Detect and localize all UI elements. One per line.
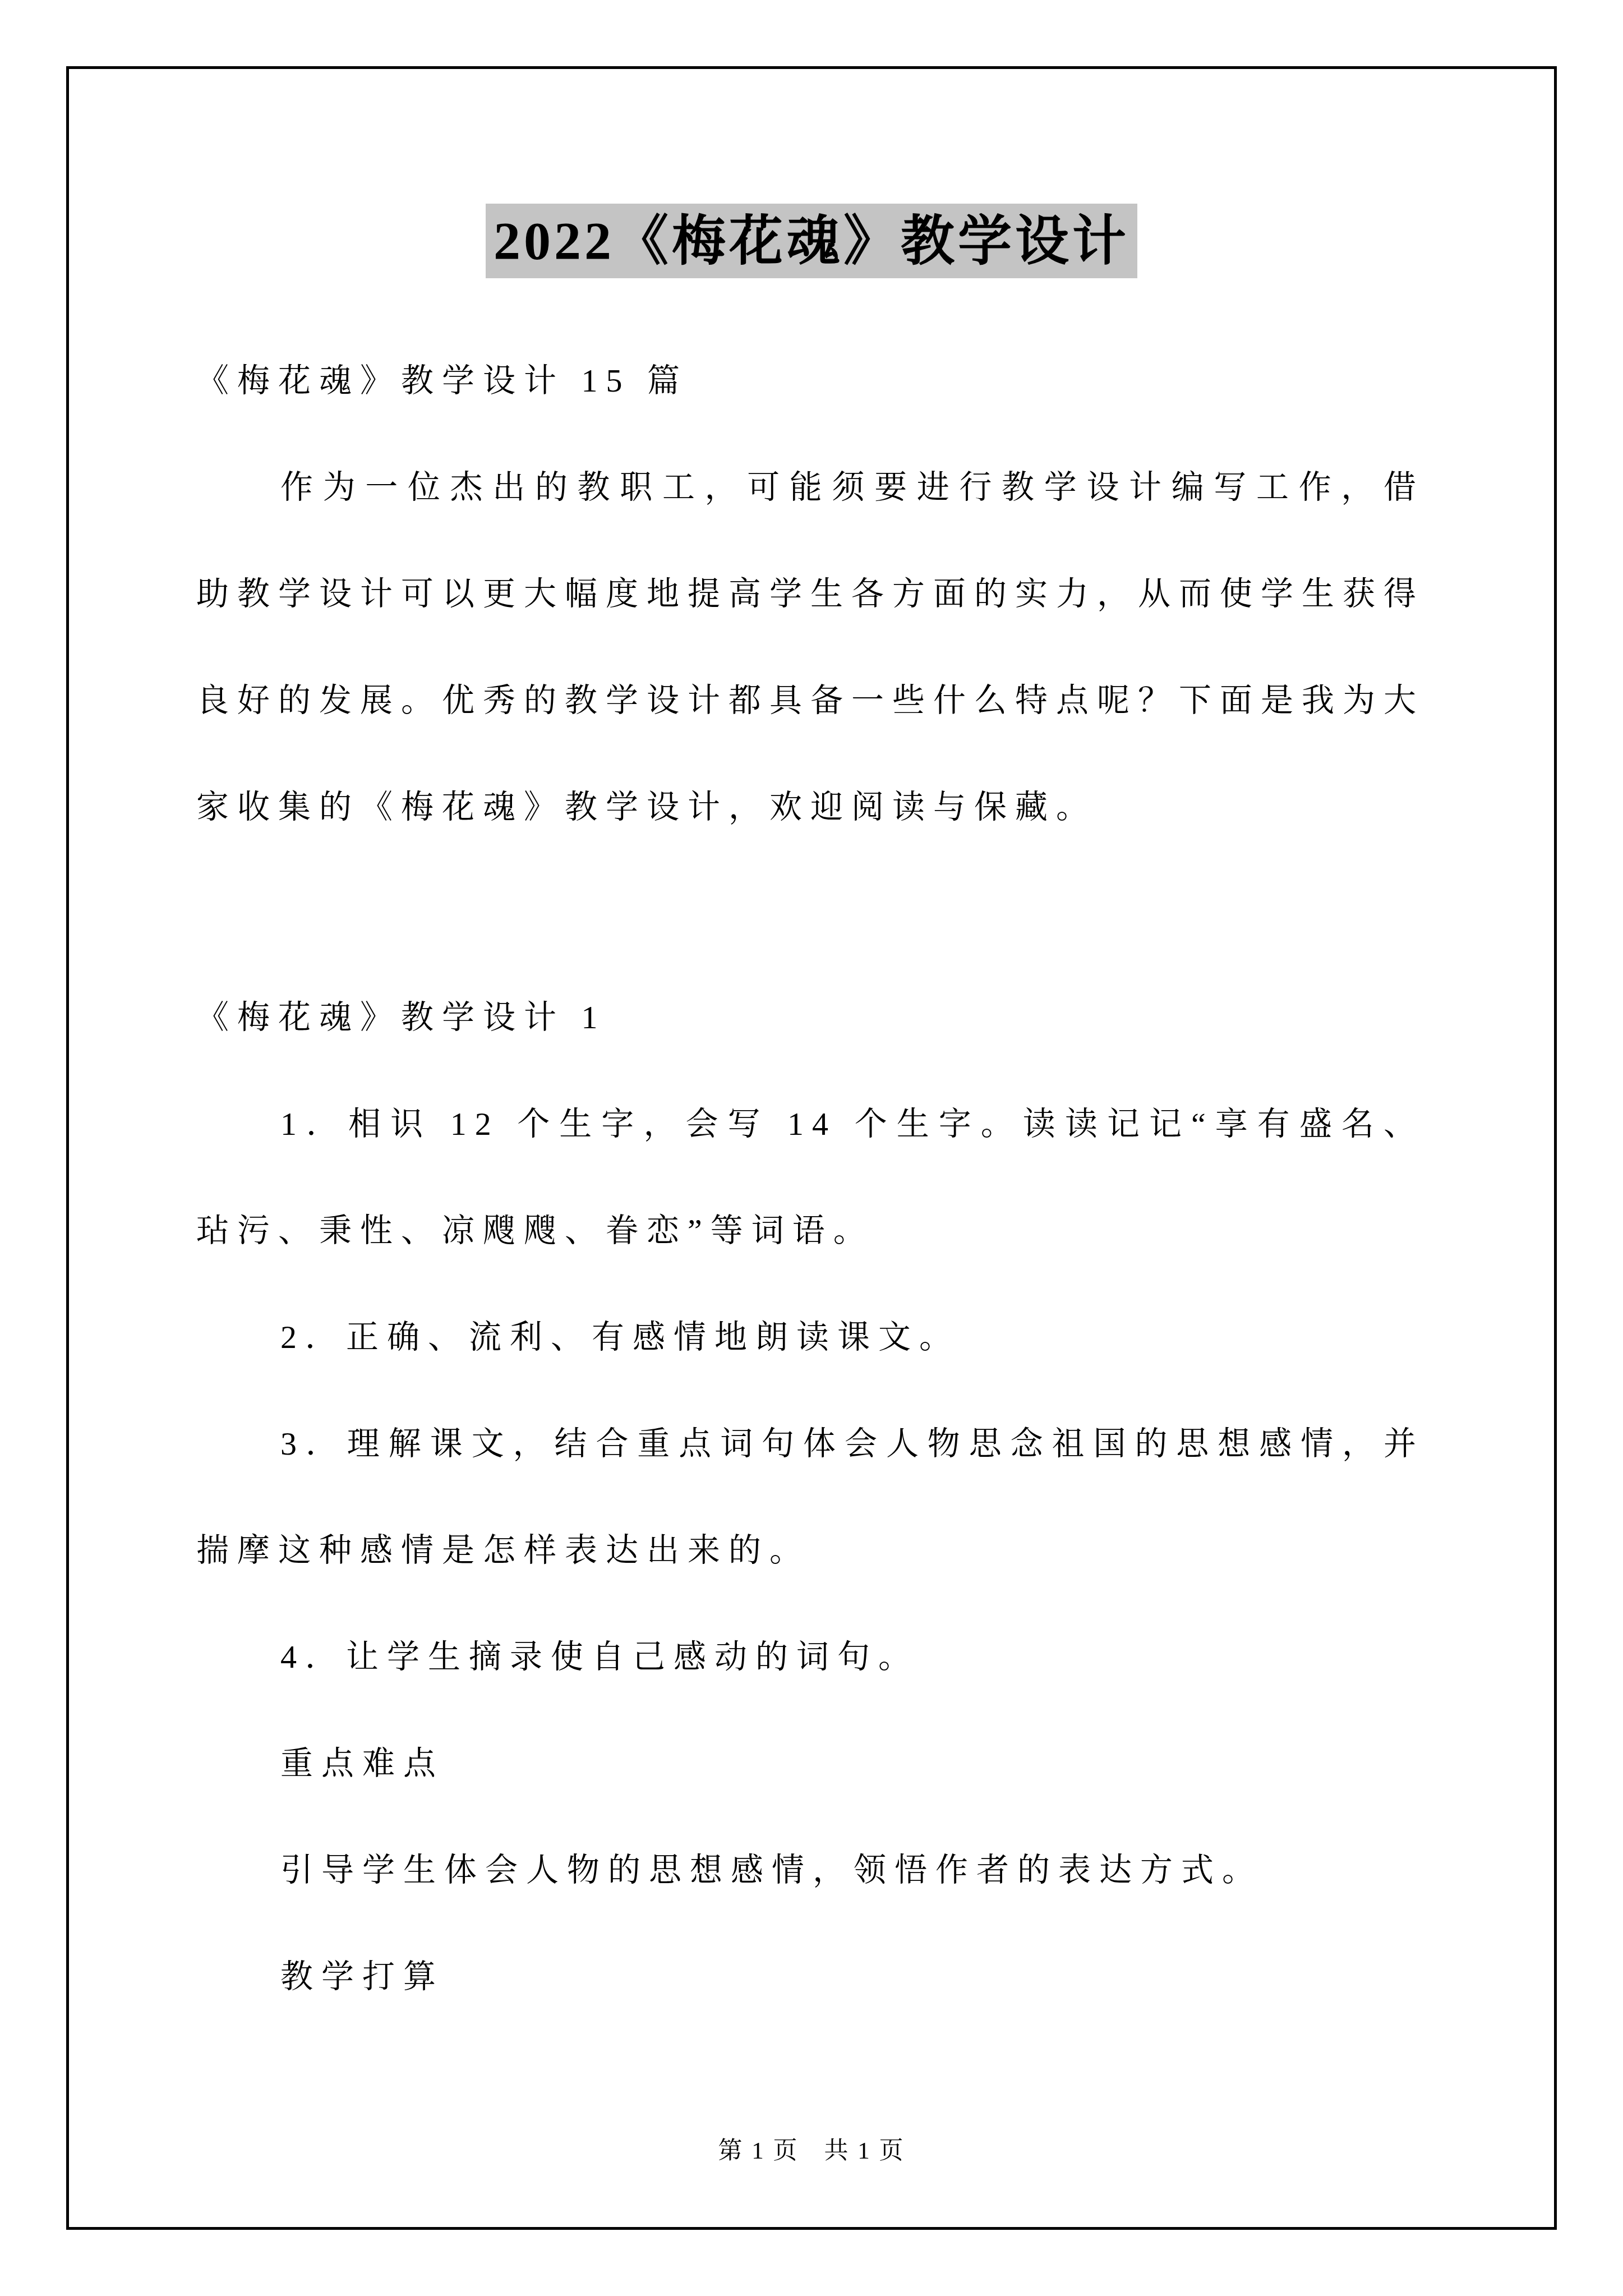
paragraph-objective-3: 3．理解课文，结合重点词句体会人物思念祖国的思想感情，并揣摩这种感情是怎样表达出… bbox=[196, 1391, 1424, 1604]
paragraph-teaching-plan-heading: 教学打算 bbox=[196, 1924, 1424, 2030]
paragraph-objective-1: 1．相识 12 个生字，会写 14 个生字。读读记记“享有盛名、玷污、秉性、凉飕… bbox=[196, 1071, 1424, 1284]
paragraph-intro: 作为一位杰出的教职工，可能须要进行教学设计编写工作，借助教学设计可以更大幅度地提… bbox=[196, 434, 1424, 861]
paragraph-key-points-heading: 重点难点 bbox=[196, 1710, 1424, 1817]
document-title: 2022《梅花魂》教学设计 bbox=[486, 204, 1137, 278]
paragraph-key-points-body: 引导学生体会人物的思想感情，领悟作者的表达方式。 bbox=[196, 1817, 1424, 1924]
footer-total-pages: 共 1 页 bbox=[824, 2138, 905, 2164]
document-page: 2022《梅花魂》教学设计 《梅花魂》教学设计 15 篇 作为一位杰出的教职工，… bbox=[0, 0, 1623, 2296]
paragraph-subtitle: 《梅花魂》教学设计 15 篇 bbox=[196, 328, 1424, 434]
footer-current-page: 第 1 页 bbox=[718, 2138, 799, 2164]
page-footer: 第 1 页共 1 页 bbox=[0, 2132, 1623, 2166]
document-body: 《梅花魂》教学设计 15 篇 作为一位杰出的教职工，可能须要进行教学设计编写工作… bbox=[196, 328, 1424, 2030]
title-row: 2022《梅花魂》教学设计 bbox=[0, 204, 1623, 278]
paragraph-objective-4: 4．让学生摘录使自己感动的词句。 bbox=[196, 1604, 1424, 1710]
paragraph-objective-2: 2．正确、流利、有感情地朗读课文。 bbox=[196, 1284, 1424, 1391]
paragraph-section-heading: 《梅花魂》教学设计 1 bbox=[196, 964, 1424, 1071]
